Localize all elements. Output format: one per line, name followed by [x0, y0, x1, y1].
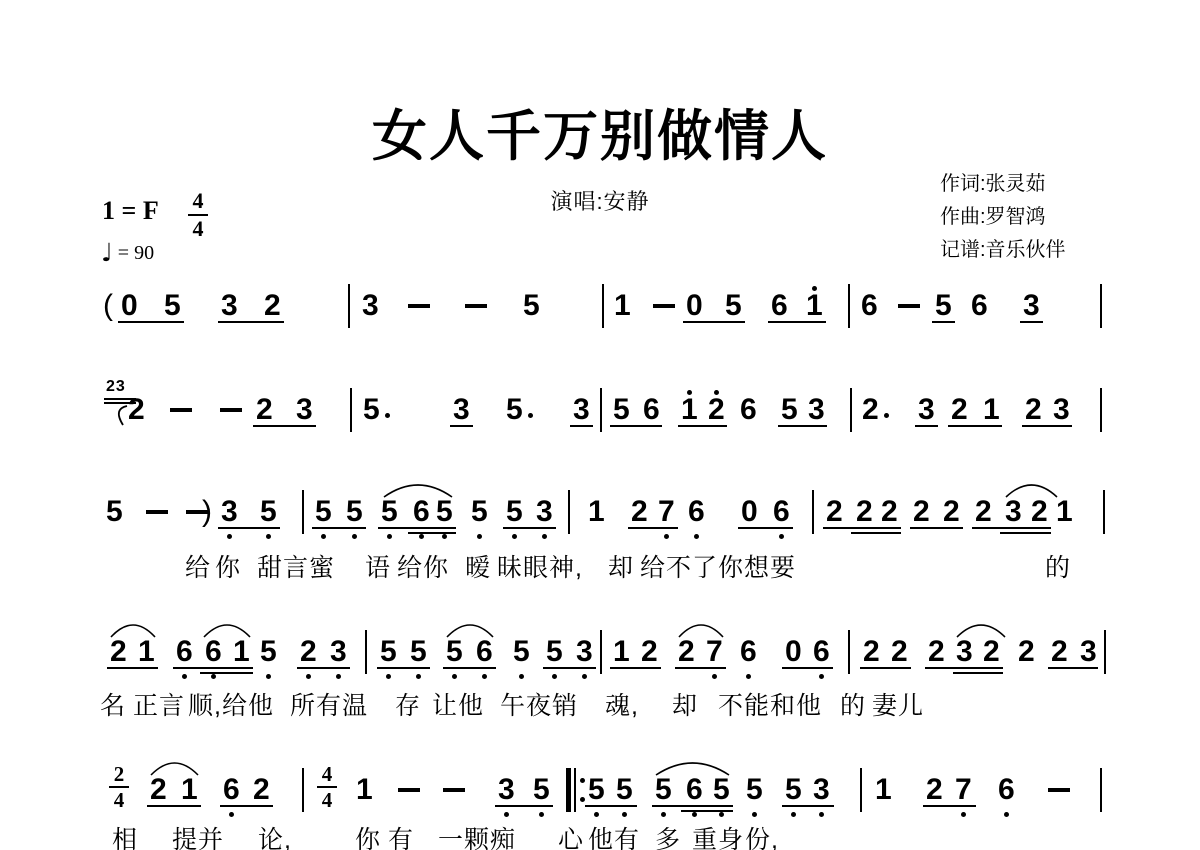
note-digit: 2 — [975, 496, 992, 528]
beam-underline — [923, 805, 976, 807]
octave-dot-low — [664, 534, 669, 539]
octave-dot-low — [661, 812, 666, 817]
note-digit: 2 — [110, 636, 127, 668]
octave-dot-low — [512, 534, 517, 539]
note-digit: 2 — [1031, 496, 1048, 528]
lyric-text: 一颗痴 — [438, 827, 516, 850]
barline — [848, 630, 850, 674]
note-digit: 6 — [861, 290, 878, 322]
note-digit: 1 — [181, 774, 198, 806]
octave-dot-low — [442, 534, 447, 539]
meter-numerator: 2 — [108, 763, 130, 785]
note-digit: 5 — [533, 774, 550, 806]
note-digit: 5 — [523, 290, 540, 322]
note-digit: 6 — [205, 636, 222, 668]
lyric-text: 有 — [388, 827, 414, 850]
note-digit: 5 — [781, 394, 798, 426]
barline — [1100, 768, 1102, 812]
barline — [365, 630, 367, 674]
beam-underline — [683, 321, 745, 323]
barline — [348, 284, 350, 328]
lyric-text: 你 — [215, 555, 241, 581]
note-digit: 2 — [926, 774, 943, 806]
lyric-text: 语 — [365, 555, 391, 581]
octave-dot-low — [539, 812, 544, 817]
octave-dot-low — [182, 674, 187, 679]
octave-dot-low — [542, 534, 547, 539]
beam-underline — [851, 532, 901, 534]
repeat-sign-thin-bar — [574, 768, 576, 812]
beam-underline — [860, 667, 911, 669]
note-digit: 7 — [706, 636, 723, 668]
beam-underline — [118, 321, 184, 323]
note-digit: 3 — [536, 496, 553, 528]
lyric-text: 魂, — [605, 693, 639, 719]
note-digit: 5 — [616, 774, 633, 806]
note-digit: 2 — [708, 394, 725, 426]
barline — [848, 284, 850, 328]
augmentation-dot — [528, 413, 533, 418]
beam-underline — [200, 672, 253, 674]
beam-underline — [218, 527, 280, 529]
note-digit: 2 — [253, 774, 270, 806]
note-digit: 2 — [983, 636, 1000, 668]
note-digit: 3 — [808, 394, 825, 426]
dash-line — [146, 510, 168, 514]
note-digit: 2 — [913, 496, 930, 528]
meter-denominator: 4 — [316, 789, 338, 811]
octave-dot-low — [791, 812, 796, 817]
beam-underline — [768, 321, 826, 323]
note-digit: 5 — [785, 774, 802, 806]
octave-dot-low — [452, 674, 457, 679]
slur-arc — [383, 482, 453, 498]
slur-arc — [203, 622, 251, 638]
beam-underline — [782, 667, 833, 669]
note-digit: 2 — [150, 774, 167, 806]
lyric-text: 甜言蜜 — [257, 555, 335, 581]
note-digit: 5 — [725, 290, 742, 322]
beam-underline — [443, 667, 496, 669]
octave-dot-low — [321, 534, 326, 539]
lyric-text: 的 — [840, 693, 866, 719]
slur-arc — [655, 760, 730, 776]
note-digit: 2 — [631, 496, 648, 528]
octave-dot-low — [1004, 812, 1009, 817]
lyric-text: 给 — [185, 555, 211, 581]
octave-dot-low — [694, 534, 699, 539]
beam-underline — [652, 805, 733, 807]
slur-arc — [678, 622, 724, 638]
note-digit: 2 — [951, 394, 968, 426]
note-digit: 6 — [176, 636, 193, 668]
note-digit: 2 — [928, 636, 945, 668]
beam-underline — [675, 667, 726, 669]
note-digit: 2 — [678, 636, 695, 668]
note-digit: 1 — [681, 394, 698, 426]
note-digit: 5 — [588, 774, 605, 806]
dash-line — [398, 788, 420, 792]
barline — [812, 490, 814, 534]
lyric-text: 存 — [395, 693, 421, 719]
beam-underline — [408, 532, 456, 534]
note-digit: 6 — [223, 774, 240, 806]
note-digit: 0 — [121, 290, 138, 322]
beam-underline — [782, 805, 834, 807]
note-digit: 2 — [256, 394, 273, 426]
barline — [350, 388, 352, 432]
note-digit: 1 — [614, 290, 631, 322]
octave-dot-low — [387, 534, 392, 539]
note-digit: 5 — [164, 290, 181, 322]
octave-dot-low — [266, 534, 271, 539]
barline — [602, 284, 604, 328]
octave-dot-low — [746, 674, 751, 679]
octave-dot-low — [504, 812, 509, 817]
octave-dot-high — [687, 390, 692, 395]
lyric-text: 顺,给他 — [188, 693, 274, 719]
note-digit: 5 — [380, 636, 397, 668]
beam-underline — [610, 425, 662, 427]
octave-dot-low — [519, 674, 524, 679]
lyric-text: 心 — [558, 827, 584, 850]
barline — [1100, 284, 1102, 328]
note-digit: 2 — [1025, 394, 1042, 426]
lyric-text: 却 — [608, 555, 634, 581]
lyric-text: 份, — [745, 827, 779, 850]
lyric-text: 提并 — [172, 827, 224, 850]
octave-dot-low — [719, 812, 724, 817]
meter-numerator: 4 — [316, 763, 338, 785]
beam-underline — [450, 425, 473, 427]
repeat-sign-thick-bar — [566, 768, 571, 812]
beam-underline — [948, 425, 1002, 427]
note-digit: 6 — [971, 290, 988, 322]
octave-dot-low — [211, 674, 216, 679]
note-digit: 5 — [935, 290, 952, 322]
beam-underline — [543, 667, 596, 669]
time-signature-inline: 24 — [108, 763, 130, 811]
barline — [600, 388, 602, 432]
note-digit: 5 — [506, 496, 523, 528]
beam-underline — [932, 321, 955, 323]
lyric-text: 暧 — [465, 555, 491, 581]
slur-arc — [956, 622, 1006, 638]
slur-arc — [110, 622, 156, 638]
lyric-text: 让他 — [432, 693, 484, 719]
lyric-text: 所有温 — [290, 693, 368, 719]
barline — [850, 388, 852, 432]
note-digit: 7 — [658, 496, 675, 528]
note-digit: 2 — [1018, 636, 1035, 668]
note-digit: 5 — [613, 394, 630, 426]
octave-dot-low — [386, 674, 391, 679]
lyric-text: 午夜销 — [500, 693, 578, 719]
octave-dot-low — [819, 812, 824, 817]
note-digit: 6 — [813, 636, 830, 668]
note-digit: 6 — [688, 496, 705, 528]
note-digit: 6 — [643, 394, 660, 426]
lyric-text: 重身 — [692, 827, 744, 850]
note-digit: 7 — [955, 774, 972, 806]
octave-dot-high — [812, 286, 817, 291]
score-area: (05323510561656323223535356126532321235)… — [0, 0, 1200, 850]
octave-dot-low — [227, 534, 232, 539]
note-digit: 3 — [1005, 496, 1022, 528]
lyric-text: 给不了你想要 — [640, 555, 796, 581]
augmentation-dot — [884, 413, 889, 418]
note-digit: 2 — [943, 496, 960, 528]
note-digit: 1 — [356, 774, 373, 806]
note-digit: 5 — [315, 496, 332, 528]
lyric-text: 多 — [655, 827, 681, 850]
octave-dot-low — [594, 812, 599, 817]
octave-dot-low — [482, 674, 487, 679]
note-digit: 1 — [1056, 496, 1073, 528]
note-digit: 5 — [106, 496, 123, 528]
barline — [1104, 630, 1106, 674]
note-digit: 3 — [498, 774, 515, 806]
note-digit: 2 — [128, 394, 145, 426]
octave-dot-low — [582, 674, 587, 679]
note-digit: 3 — [330, 636, 347, 668]
note-digit: 0 — [741, 496, 758, 528]
note-digit: 5 — [513, 636, 530, 668]
note-digit: 5 — [446, 636, 463, 668]
note-digit: 3 — [296, 394, 313, 426]
augmentation-dot — [385, 413, 390, 418]
note-digit: 3 — [813, 774, 830, 806]
dash-line — [465, 304, 487, 308]
note-digit: 1 — [588, 496, 605, 528]
octave-dot-low — [961, 812, 966, 817]
slur-arc — [446, 622, 494, 638]
note-digit: 3 — [221, 290, 238, 322]
lyric-text: 昧眼神, — [497, 555, 583, 581]
parenthesis: ( — [103, 289, 113, 323]
repeat-sign-dot — [580, 778, 585, 783]
lyric-text: 名 — [100, 693, 126, 719]
note-digit: 2 — [300, 636, 317, 668]
note-digit: 5 — [260, 636, 277, 668]
octave-dot-low — [419, 534, 424, 539]
barline — [860, 768, 862, 812]
sheet-music-page: 女人千万别做情人 演唱:安静 作词:张灵茹 作曲:罗智鸿 记谱:音乐伙伴 1 =… — [0, 0, 1200, 850]
beam-underline — [495, 805, 553, 807]
octave-dot-low — [306, 674, 311, 679]
note-digit: 3 — [573, 394, 590, 426]
note-digit: 3 — [576, 636, 593, 668]
note-digit: 1 — [983, 394, 1000, 426]
note-digit: 5 — [363, 394, 380, 426]
octave-dot-low — [779, 534, 784, 539]
note-digit: 6 — [740, 394, 757, 426]
note-digit: 6 — [771, 290, 788, 322]
note-digit: 3 — [453, 394, 470, 426]
octave-dot-low — [622, 812, 627, 817]
beam-underline — [378, 527, 456, 529]
note-digit: 5 — [346, 496, 363, 528]
slur-arc — [150, 760, 199, 776]
beam-underline — [972, 527, 1051, 529]
note-digit: 5 — [260, 496, 277, 528]
lyric-text: 却 — [672, 693, 698, 719]
note-digit: 3 — [1053, 394, 1070, 426]
grace-note: 23 — [106, 379, 126, 395]
beam-underline — [377, 667, 430, 669]
octave-dot-high — [714, 390, 719, 395]
note-digit: 2 — [826, 496, 843, 528]
time-signature-inline: 44 — [316, 763, 338, 811]
beam-underline — [953, 672, 1003, 674]
barline — [302, 490, 304, 534]
note-digit: 5 — [506, 394, 523, 426]
lyric-text: 的 — [1045, 555, 1071, 581]
note-digit: 2 — [881, 496, 898, 528]
beam-underline — [503, 527, 556, 529]
note-digit: 1 — [138, 636, 155, 668]
note-digit: 5 — [546, 636, 563, 668]
note-digit: 2 — [863, 636, 880, 668]
beam-underline — [253, 425, 316, 427]
barline — [600, 630, 602, 674]
lyric-text: 妻儿 — [872, 693, 924, 719]
beam-underline — [218, 321, 284, 323]
dash-line — [220, 408, 242, 412]
note-digit: 6 — [740, 636, 757, 668]
note-digit: 1 — [233, 636, 250, 668]
note-digit: 2 — [862, 394, 879, 426]
lyric-text: 给你 — [397, 555, 449, 581]
octave-dot-low — [266, 674, 271, 679]
note-digit: 6 — [413, 496, 430, 528]
note-digit: 3 — [221, 496, 238, 528]
note-digit: 5 — [713, 774, 730, 806]
note-digit: 2 — [891, 636, 908, 668]
slur-arc — [1005, 482, 1058, 498]
note-digit: 6 — [998, 774, 1015, 806]
beam-underline — [681, 810, 733, 812]
note-digit: 5 — [410, 636, 427, 668]
note-digit: 2 — [1051, 636, 1068, 668]
note-digit: 2 — [641, 636, 658, 668]
repeat-sign-dot — [580, 797, 585, 802]
note-digit: 0 — [686, 290, 703, 322]
beam-underline — [1048, 667, 1098, 669]
octave-dot-low — [336, 674, 341, 679]
note-digit: 3 — [918, 394, 935, 426]
beam-underline — [1000, 532, 1051, 534]
barline — [1100, 388, 1102, 432]
beam-underline — [910, 527, 963, 529]
beam-underline — [297, 667, 350, 669]
note-digit: 6 — [773, 496, 790, 528]
lyric-text: 他有 — [588, 827, 640, 850]
note-digit: 0 — [785, 636, 802, 668]
note-digit: 2 — [856, 496, 873, 528]
beam-underline — [610, 667, 661, 669]
note-digit: 5 — [436, 496, 453, 528]
note-digit: 2 — [264, 290, 281, 322]
note-digit: 1 — [875, 774, 892, 806]
lyric-text: 论, — [258, 827, 292, 850]
lyric-text: 不能和他 — [718, 693, 822, 719]
octave-dot-low — [352, 534, 357, 539]
note-digit: 5 — [655, 774, 672, 806]
octave-dot-low — [229, 812, 234, 817]
beam-underline — [147, 805, 201, 807]
note-digit: 1 — [613, 636, 630, 668]
octave-dot-low — [752, 812, 757, 817]
beam-underline — [628, 527, 678, 529]
beam-underline — [585, 805, 637, 807]
note-digit: 3 — [362, 290, 379, 322]
beam-underline — [107, 667, 158, 669]
note-digit: 5 — [746, 774, 763, 806]
dash-line — [408, 304, 430, 308]
beam-underline — [220, 805, 273, 807]
dash-line — [170, 408, 192, 412]
beam-underline — [1022, 425, 1072, 427]
note-digit: 6 — [686, 774, 703, 806]
dash-line — [898, 304, 920, 308]
barline — [1103, 490, 1105, 534]
dash-line — [653, 304, 675, 308]
octave-dot-low — [712, 674, 717, 679]
note-digit: 3 — [1080, 636, 1097, 668]
beam-underline — [312, 527, 366, 529]
beam-underline — [925, 667, 1003, 669]
lyric-text: 你 — [355, 827, 381, 850]
barline — [568, 490, 570, 534]
barline — [302, 768, 304, 812]
lyric-text: 正言 — [133, 693, 185, 719]
octave-dot-low — [819, 674, 824, 679]
octave-dot-low — [416, 674, 421, 679]
beam-underline — [738, 527, 793, 529]
parenthesis: ) — [202, 495, 212, 529]
beam-underline — [915, 425, 938, 427]
note-digit: 1 — [806, 290, 823, 322]
octave-dot-low — [477, 534, 482, 539]
note-digit: 6 — [476, 636, 493, 668]
beam-underline — [778, 425, 827, 427]
lyric-text: 相 — [112, 827, 138, 850]
meter-denominator: 4 — [108, 789, 130, 811]
note-digit: 3 — [956, 636, 973, 668]
beam-underline — [1020, 321, 1043, 323]
beam-underline — [173, 667, 253, 669]
note-digit: 5 — [471, 496, 488, 528]
beam-underline — [823, 527, 901, 529]
beam-underline — [678, 425, 727, 427]
note-digit: 5 — [381, 496, 398, 528]
note-digit: 3 — [1023, 290, 1040, 322]
octave-dot-low — [552, 674, 557, 679]
dash-line — [443, 788, 465, 792]
octave-dot-low — [692, 812, 697, 817]
dash-line — [1048, 788, 1070, 792]
beam-underline — [570, 425, 593, 427]
